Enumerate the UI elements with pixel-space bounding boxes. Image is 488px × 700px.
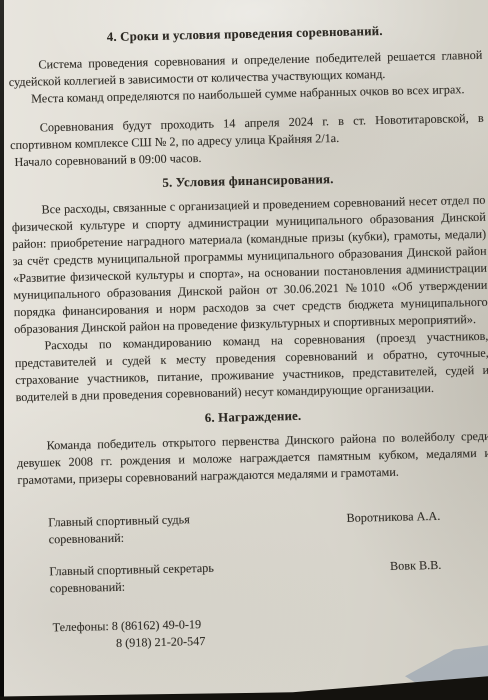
document-content: 4. Сроки и условия проведения соревнован… <box>7 0 488 654</box>
signature-block: Главный спортивный судья соревнований: В… <box>18 505 488 597</box>
section-6-heading: 6. Награждение. <box>16 404 488 431</box>
photo-left-edge <box>0 0 4 700</box>
chief-secretary-label: Главный спортивный секретарь соревновани… <box>49 559 255 596</box>
chief-judge-row: Главный спортивный судья соревнований: В… <box>48 506 441 548</box>
section-4-heading: 4. Сроки и условия проведения соревнован… <box>8 21 482 48</box>
section-5-paragraph-1: Все расходы, связанные с организацией и … <box>11 192 488 338</box>
chief-judge-label: Главный спортивный судья соревнований: <box>48 510 254 547</box>
document-photo: 4. Сроки и условия проведения соревнован… <box>0 0 488 700</box>
section-5-paragraph-2: Расходы по командированию команд на соре… <box>14 328 488 406</box>
chief-secretary-row: Главный спортивный секретарь соревновани… <box>49 555 442 597</box>
chief-judge-name: Воротникова А.А. <box>346 506 440 527</box>
chief-secretary-name: Вовк В.В. <box>390 555 442 575</box>
section-5-heading: 5. Условия финансирования. <box>11 168 485 195</box>
section-6-paragraph-1: Команда победитель открытого первенства … <box>17 428 488 489</box>
